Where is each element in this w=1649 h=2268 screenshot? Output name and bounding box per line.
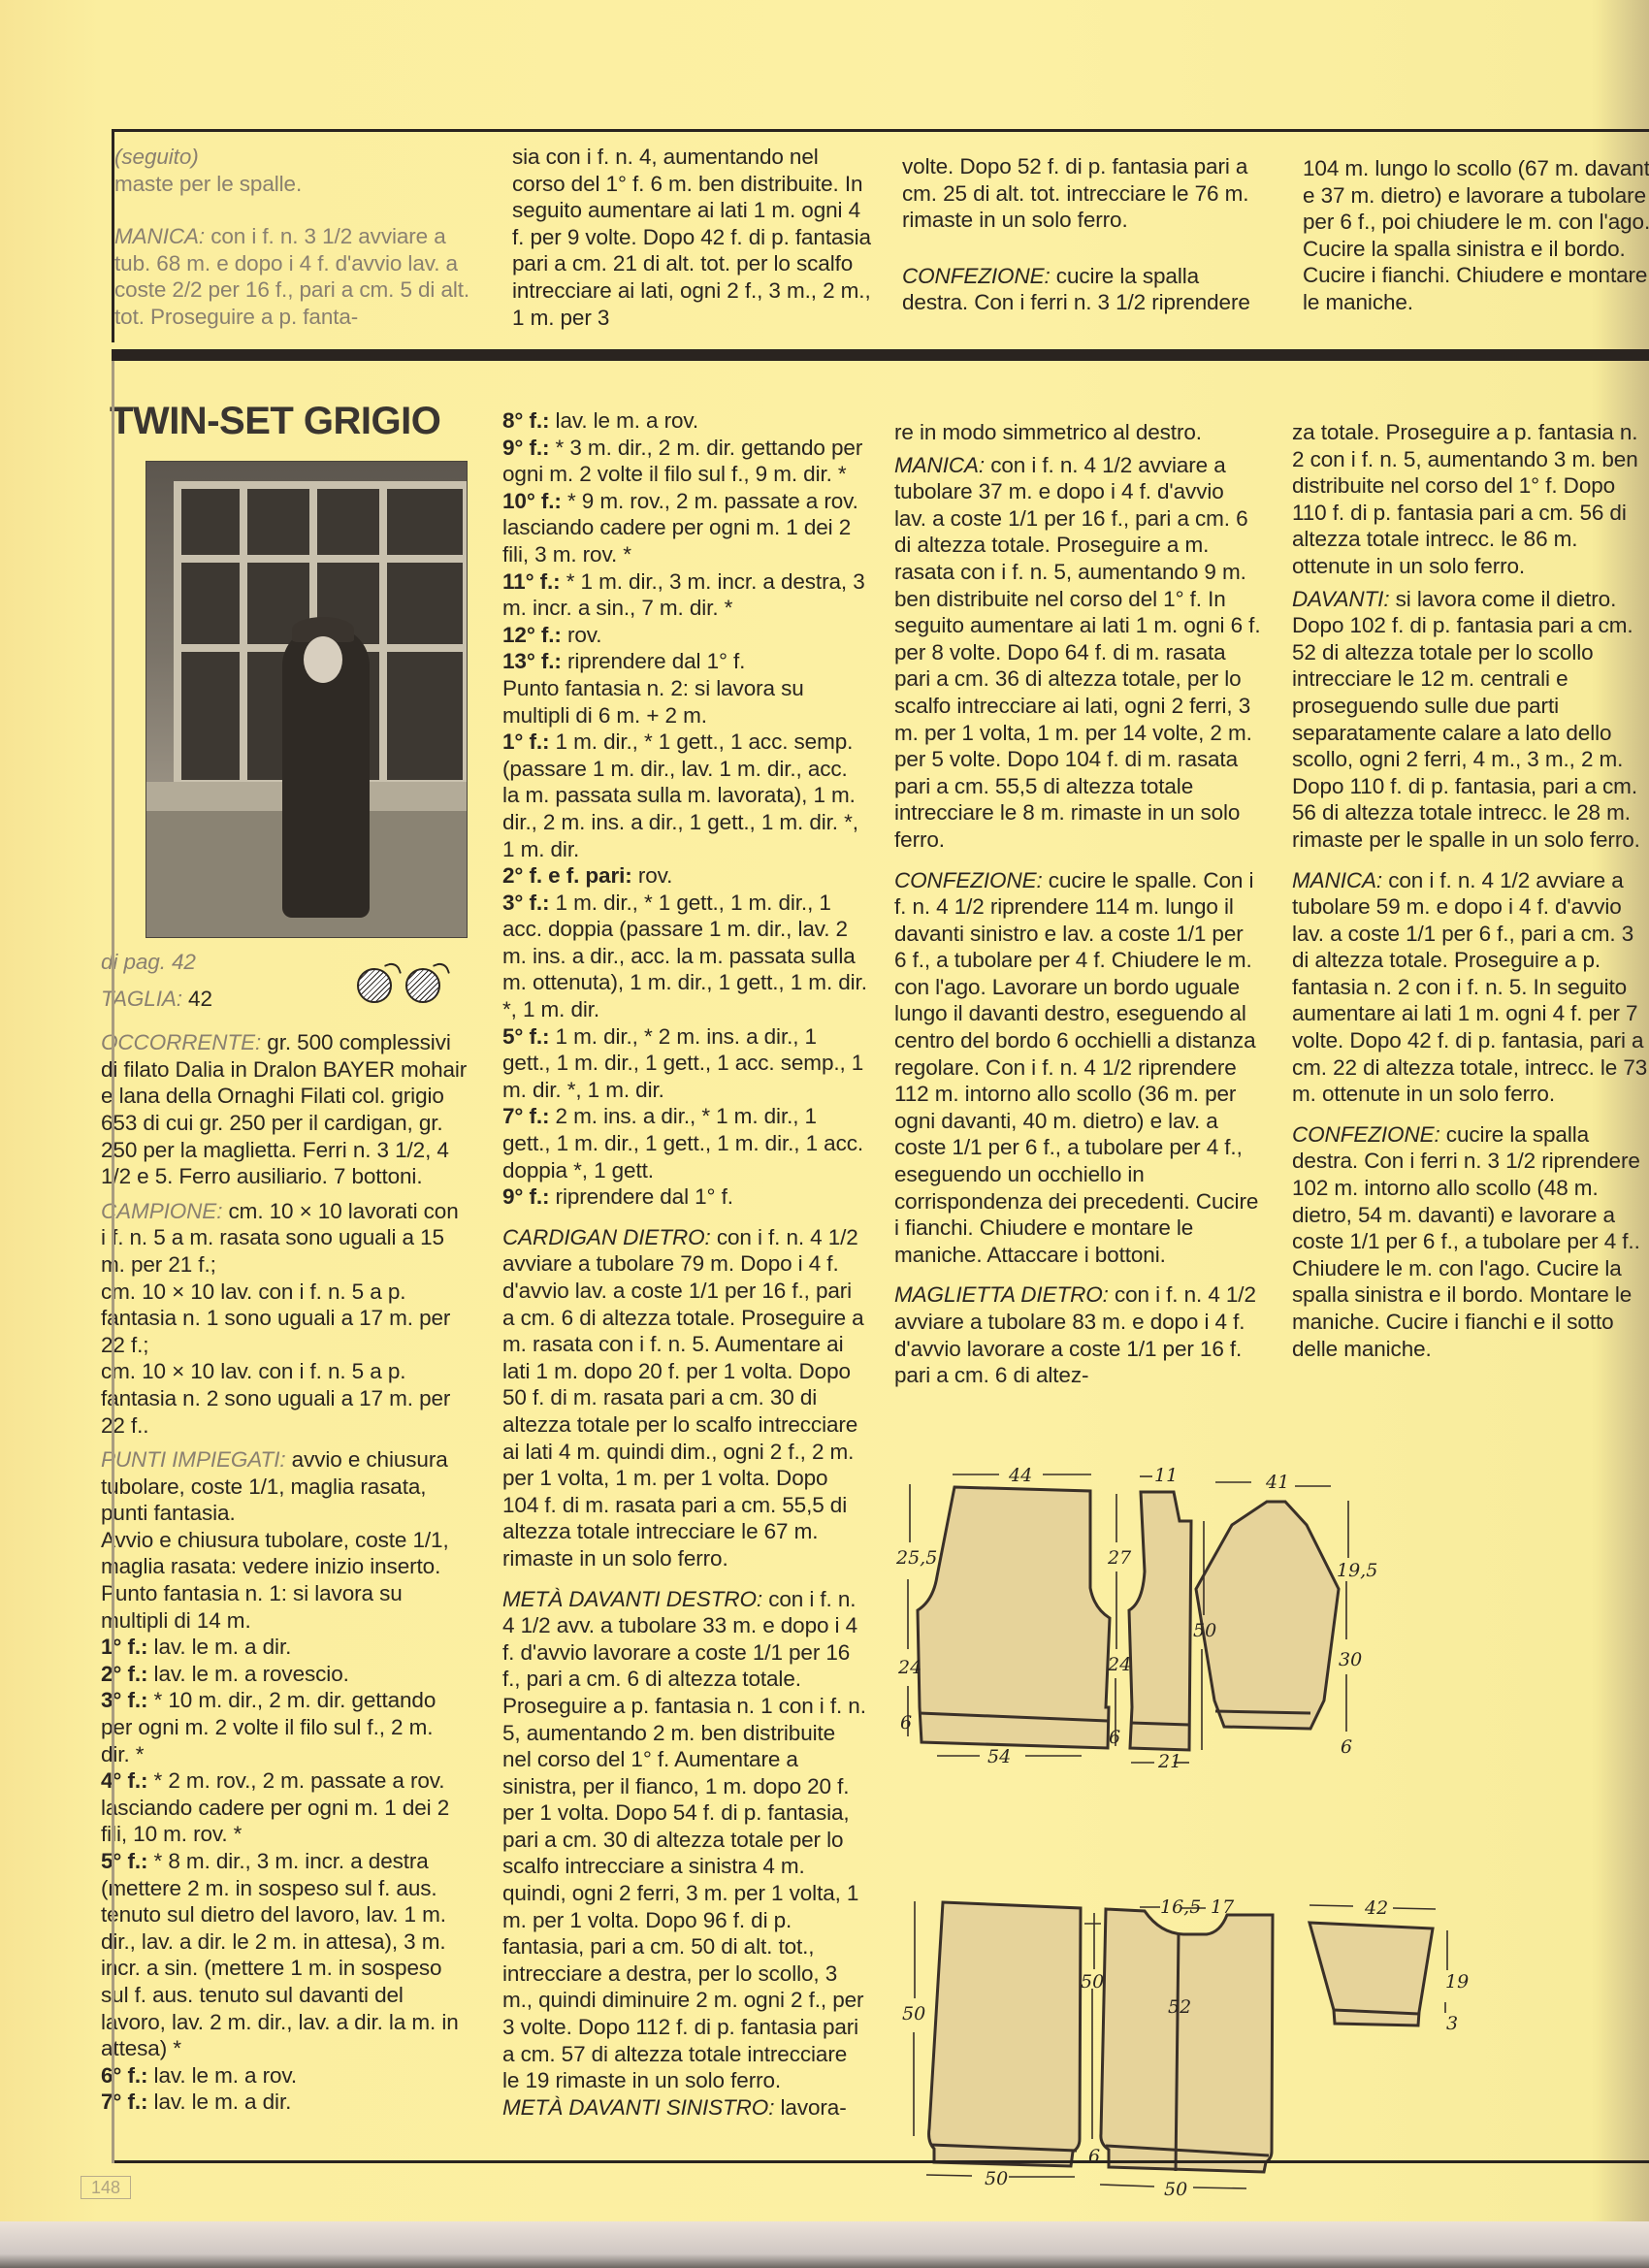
row-instruction: 9° f.: riprendere dal 1° f. <box>502 1183 869 1211</box>
davanti-sinistro-label: METÀ DAVANTI SINISTRO: <box>502 2095 774 2120</box>
dim-tf-shoulder: 16,5 <box>1160 1896 1201 1918</box>
dim-ts-body-height: 19 <box>1445 1971 1469 1993</box>
cardigan-dietro-text: con i f. n. 4 1/2 avviare a tubolare 79 … <box>502 1225 864 1571</box>
row-instruction: 2° f. e f. pari: rov. <box>502 862 869 890</box>
campione-paragraph: CAMPIONE: cm. 10 × 10 lavorati con i f. … <box>101 1198 468 1279</box>
row-instruction: 8° f.: lav. le m. a rov. <box>502 407 869 435</box>
dim-cf-total-height: 50 <box>1193 1620 1216 1641</box>
row-instruction: 4° f.: * 2 m. rov., 2 m. passate a rov. … <box>101 1767 468 1848</box>
cardigan-dietro-label: CARDIGAN DIETRO: <box>502 1225 711 1249</box>
row-instruction: 1° f.: 1 m. dir., * 1 gett., 1 acc. semp… <box>502 729 869 862</box>
continued-text: maste per le spalle. <box>114 171 483 198</box>
manica-text: con i f. n. 4 1/2 avviare a tubolare 59 … <box>1292 868 1647 1107</box>
knitting-schematics: 44 25,5 24 6 54 11 27 24 6 50 21 41 19,5… <box>834 1416 1649 2221</box>
manica-label: MANICA: <box>114 224 205 248</box>
continued-label: (seguito) <box>114 144 483 171</box>
pf1-rows-continued: 8° f.: lav. le m. a rov. 9° f.: * 3 m. d… <box>502 407 869 675</box>
manica-label: MANICA: <box>894 453 985 477</box>
yarn-ball-icon <box>357 968 392 1003</box>
punti-paragraph: PUNTI IMPIEGATI: avvio e chiusura tubola… <box>101 1446 468 1527</box>
dim-cb-lower-height: 24 <box>898 1657 921 1678</box>
avvio-text: Avvio e chiusura tubolare, coste 1/1, ma… <box>101 1527 468 1580</box>
dim-cs-cap-height: 19,5 <box>1337 1560 1377 1581</box>
dim-cf-shoulder: 11 <box>1154 1465 1178 1486</box>
manica-paragraph: MANICA: con i f. n. 4 1/2 avviare a tubo… <box>894 452 1261 854</box>
row-instruction: 10° f.: * 9 m. rov., 2 m. passate a rov.… <box>502 488 869 568</box>
dim-cs-body-height: 30 <box>1339 1649 1362 1670</box>
occorrente-paragraph: OCCORRENTE: gr. 500 complessivi di filat… <box>101 1029 468 1190</box>
article-title: TWIN-SET GRIGIO <box>110 400 440 443</box>
manica-paragraph: MANICA: con i f. n. 3 1/2 avviare a tub.… <box>114 223 483 330</box>
dim-cb-top-width: 44 <box>1009 1465 1032 1486</box>
campione-label: CAMPIONE: <box>101 1199 222 1223</box>
continued-col-4-text2: Cucire la spalla sinistra e il bordo. Cu… <box>1303 236 1649 316</box>
row-instruction: 2° f.: lav. le m. a rovescio. <box>101 1661 468 1688</box>
continued-col-4-text1: 104 m. lungo lo scollo (67 m. davanti e … <box>1303 155 1649 236</box>
dim-cs-width: 41 <box>1266 1472 1289 1493</box>
dim-cb-upper-height: 25,5 <box>896 1547 937 1569</box>
davanti-label: DAVANTI: <box>1292 587 1389 611</box>
row-instruction: 1° f.: lav. le m. a dir. <box>101 1634 468 1661</box>
confezione-label: CONFEZIONE: <box>894 868 1043 892</box>
top-rule <box>112 129 1649 132</box>
campione-text-2: cm. 10 × 10 lav. con i f. n. 5 a p. fant… <box>101 1279 468 1359</box>
maglietta-dietro-label: MAGLIETTA DIETRO: <box>894 1282 1109 1307</box>
confezione-paragraph: CONFEZIONE: cucire la spalla destra. Con… <box>902 263 1261 316</box>
bottom-rule <box>112 2160 1649 2163</box>
manica-label: MANICA: <box>1292 868 1382 892</box>
continued-col-3-text: volte. Dopo 52 f. di p. fantasia pari a … <box>902 153 1261 234</box>
pf1-rows: 1° f.: lav. le m. a dir. 2° f.: lav. le … <box>101 1634 468 2116</box>
dim-tb-bottom-width: 50 <box>985 2168 1008 2189</box>
confezione-label: CONFEZIONE: <box>902 264 1051 288</box>
dim-ts-width: 42 <box>1365 1897 1388 1919</box>
dim-ts-rib: 3 <box>1446 2013 1458 2034</box>
dim-cf-lower-height: 24 <box>1108 1654 1131 1675</box>
magazine-page: (seguito) maste per le spalle. MANICA: c… <box>0 0 1649 2268</box>
dim-cb-rib: 6 <box>900 1712 912 1733</box>
row-instruction: 6° f.: lav. le m. a rov. <box>101 2062 468 2090</box>
dim-tf-center-height: 52 <box>1168 1996 1191 2018</box>
row-instruction: 9° f.: * 3 m. dir., 2 m. dir. gettando p… <box>502 435 869 488</box>
campione-text-3: cm. 10 × 10 lav. con i f. n. 5 a p. fant… <box>101 1358 468 1439</box>
article-col-4: za totale. Proseguire a p. fantasia n. 2… <box>1292 419 1649 1362</box>
manica-paragraph: MANICA: con i f. n. 4 1/2 avviare a tubo… <box>1292 867 1649 1108</box>
occorrente-label: OCCORRENTE: <box>101 1030 261 1054</box>
davanti-text: si lavora come il dietro. Dopo 102 f. di… <box>1292 587 1640 852</box>
davanti-sinistro-paragraph: METÀ DAVANTI SINISTRO: lavora- <box>502 2094 869 2122</box>
davanti-destro-paragraph: METÀ DAVANTI DESTRO: con i f. n. 4 1/2 a… <box>502 1586 869 2094</box>
dim-tb-height: 50 <box>902 2003 925 2025</box>
row-instruction: 11° f.: * 1 m. dir., 3 m. incr. a destra… <box>502 568 869 622</box>
davanti-paragraph: DAVANTI: si lavora come il dietro. Dopo … <box>1292 586 1649 854</box>
page-number: 148 <box>81 2176 131 2199</box>
dim-cf-rib: 6 <box>1109 1727 1120 1748</box>
dim-tf-bottom-width: 50 <box>1164 2179 1187 2200</box>
row-instruction: 3° f.: * 10 m. dir., 2 m. dir. gettando … <box>101 1687 468 1767</box>
dim-cf-bottom-width: 21 <box>1158 1751 1181 1772</box>
dim-tf-neck: 17 <box>1211 1896 1234 1918</box>
continued-col-4: 104 m. lungo lo scollo (67 m. davanti e … <box>1303 155 1649 316</box>
pf2-rows: 1° f.: 1 m. dir., * 1 gett., 1 acc. semp… <box>502 729 869 1211</box>
taglia-value: 42 <box>182 987 212 1011</box>
section-divider <box>112 349 1649 361</box>
model-photo <box>145 461 468 938</box>
yarn-ball-icon <box>405 968 440 1003</box>
confezione-paragraph: CONFEZIONE: cucire le spalle. Con i f. n… <box>894 867 1261 1269</box>
confezione-label: CONFEZIONE: <box>1292 1122 1440 1147</box>
continued-col-2: sia con i f. n. 4, aumentando nel corso … <box>512 144 876 344</box>
confezione-paragraph: CONFEZIONE: cucire la spalla destra. Con… <box>1292 1121 1649 1362</box>
difficulty-rating <box>357 968 464 1003</box>
col-4-continued: za totale. Proseguire a p. fantasia n. 2… <box>1292 419 1649 580</box>
dim-tf-side-height: 50 <box>1081 1971 1104 1993</box>
continued-col-3: volte. Dopo 52 f. di p. fantasia pari a … <box>902 153 1261 330</box>
dim-cs-rib: 6 <box>1341 1736 1352 1758</box>
pf1-intro: Punto fantasia n. 1: si lavora su multip… <box>101 1580 468 1634</box>
confezione-text: cucire le spalle. Con i f. n. 4 1/2 ripr… <box>894 868 1258 1267</box>
dim-cf-upper-height: 27 <box>1108 1547 1131 1569</box>
article-col-1: di pag. 42 TAGLIA: 42 OCCORRENTE: gr. 50… <box>101 949 468 2116</box>
davanti-destro-text: con i f. n. 4 1/2 avv. a tubolare 33 m. … <box>502 1587 866 2093</box>
row-instruction: 5° f.: * 8 m. dir., 3 m. incr. a destra … <box>101 1848 468 2062</box>
pf2-intro: Punto fantasia n. 2: si lavora su multip… <box>502 675 869 729</box>
row-instruction: 13° f.: riprendere dal 1° f. <box>502 648 869 675</box>
cardigan-dietro-paragraph: CARDIGAN DIETRO: con i f. n. 4 1/2 avvia… <box>502 1224 869 1572</box>
dim-cb-bottom-width: 54 <box>987 1746 1011 1767</box>
manica-text: con i f. n. 4 1/2 avviare a tubolare 37 … <box>894 453 1260 852</box>
row-instruction: 7° f.: 2 m. ins. a dir., * 1 m. dir., 1 … <box>502 1103 869 1183</box>
dim-tf-rib: 6 <box>1088 2146 1100 2167</box>
col-3-continued: re in modo simmetrico al destro. <box>894 419 1261 446</box>
article-col-2: 8° f.: lav. le m. a rov. 9° f.: * 3 m. d… <box>502 407 869 2121</box>
confezione-text: cucire la spalla destra. Con i ferri n. … <box>1292 1122 1640 1361</box>
article-col-3: re in modo simmetrico al destro. MANICA:… <box>894 419 1261 1389</box>
scan-edge <box>0 2221 1649 2268</box>
davanti-destro-label: METÀ DAVANTI DESTRO: <box>502 1587 762 1611</box>
continued-col-2-text: sia con i f. n. 4, aumentando nel corso … <box>512 144 876 331</box>
punti-label: PUNTI IMPIEGATI: <box>101 1447 286 1472</box>
bottom-left-rule <box>112 361 114 2163</box>
row-instruction: 5° f.: 1 m. dir., * 2 m. ins. a dir., 1 … <box>502 1023 869 1104</box>
row-instruction: 12° f.: rov. <box>502 622 869 649</box>
schematic-shapes <box>834 1416 1649 2221</box>
row-instruction: 7° f.: lav. le m. a dir. <box>101 2089 468 2116</box>
row-instruction: 3° f.: 1 m. dir., * 1 gett., 1 m. dir., … <box>502 890 869 1023</box>
continued-col-1: (seguito) maste per le spalle. MANICA: c… <box>114 144 483 331</box>
maglietta-dietro-paragraph: MAGLIETTA DIETRO: con i f. n. 4 1/2 avvi… <box>894 1281 1261 1388</box>
